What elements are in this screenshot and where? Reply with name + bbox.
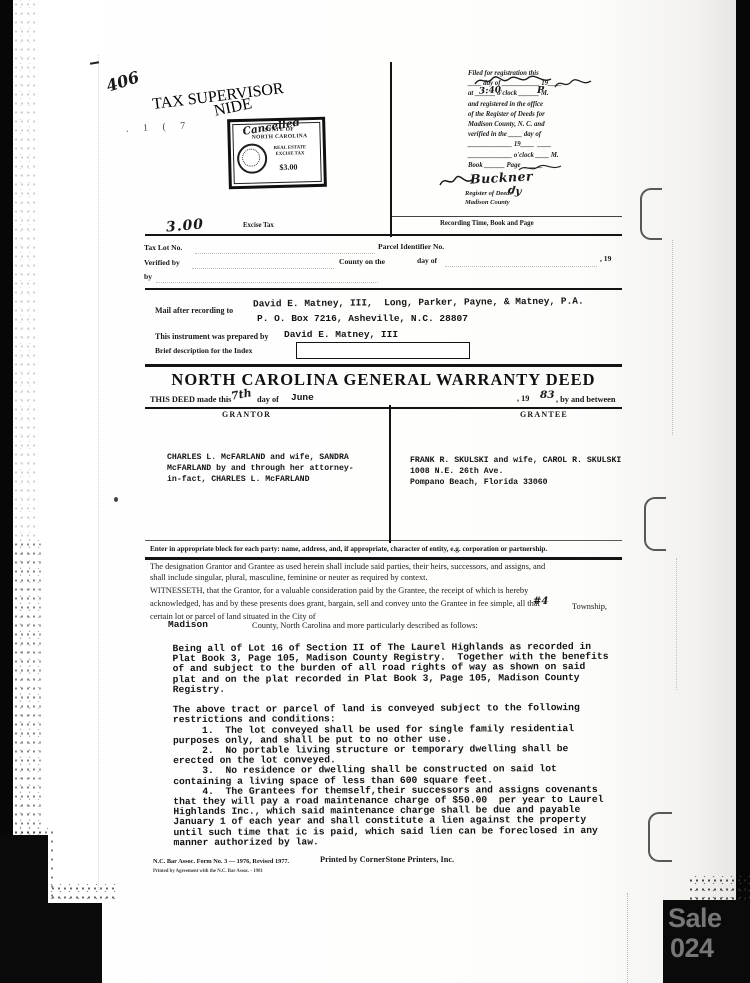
recording-time-label: Recording Time, Book and Page <box>440 220 534 227</box>
township-label: Township, <box>572 602 607 611</box>
witnesseth-paragraph: WITNESSETH, that the Grantor, for a valu… <box>150 584 540 623</box>
recordation-line: Madison County, N. C. and <box>468 120 598 130</box>
grantee-block: FRANK R. SKULSKI and wife, CAROL R. SKUL… <box>410 455 621 488</box>
stamp-amount: $3.00 <box>265 162 311 172</box>
binder-mark-line-2 <box>676 558 677 690</box>
deputy-initials: dy <box>507 184 522 198</box>
binder-mark-line-3 <box>627 893 628 983</box>
register-county: Madison County <box>465 199 510 206</box>
parcel-identifier-label: Parcel Identifier No. <box>378 242 444 251</box>
county-value: Madison <box>168 619 208 630</box>
handwriting-scribble <box>552 74 594 94</box>
horizontal-rule <box>145 234 622 236</box>
footer-printer: Printed by CornerStone Printers, Inc. <box>320 855 454 864</box>
hole-punch-icon <box>644 497 666 551</box>
handwritten-township: #4 <box>533 596 548 607</box>
deed-suffix: , by and between <box>556 395 615 404</box>
hole-punch-icon <box>640 188 662 240</box>
recordation-line: _____________ o'clock ____ M. <box>468 151 598 161</box>
scan-border-block <box>0 903 102 983</box>
blank-line <box>445 266 597 267</box>
county-on-label: County on the <box>339 257 385 266</box>
tax-lot-label: Tax Lot No. <box>144 243 182 252</box>
recordation-line: of the Register of Deeds for <box>468 110 598 120</box>
column-divider-parties <box>389 405 391 543</box>
recordation-line: and registered in the office <box>468 100 598 110</box>
deed-year-19: , 19 <box>517 394 529 403</box>
brief-description-box <box>296 342 470 359</box>
seal-inner-icon <box>242 148 260 166</box>
prepared-by-value: David E. Matney, III <box>284 329 398 340</box>
grantee-header: GRANTEE <box>520 410 568 419</box>
footer-form-number: N.C. Bar Assoc. Form No. 3 — 1976, Revis… <box>153 858 289 865</box>
handwritten-meridiem: P <box>537 85 544 96</box>
horizontal-rule <box>145 288 622 290</box>
deed-prefix: THIS DEED made this <box>150 395 231 404</box>
mail-after-recording-label: Mail after recording to <box>155 306 233 315</box>
deed-day-of: day of <box>257 395 279 404</box>
page-fold-line <box>98 55 99 890</box>
prepared-by-label: This instrument was prepared by <box>155 332 269 341</box>
verified-by-label: Verified by <box>144 258 180 267</box>
scan-border-block-right: Sale 024 <box>663 900 750 983</box>
recording-cell-rule <box>390 216 622 217</box>
horizontal-rule <box>145 407 622 409</box>
brief-description-label: Brief description for the Index <box>155 346 252 355</box>
column-divider-top <box>390 62 392 237</box>
horizontal-rule-thin <box>145 540 622 541</box>
handwritten-year: 83 <box>540 389 555 401</box>
blank-line <box>195 253 375 254</box>
mail-value-line2: P. O. Box 7216, Asheville, N.C. 28807 <box>257 313 468 324</box>
excise-tax-stamp: STATE OF NORTH CAROLINA REAL ESTATE EXCI… <box>227 117 327 190</box>
handwritten-excise-value: 3.00 <box>165 216 204 235</box>
hole-punch-icon <box>648 812 672 862</box>
signature-flourish <box>438 172 474 190</box>
ink-dot <box>114 497 118 502</box>
register-title: Register of Deeds <box>465 190 512 197</box>
recordation-line: verified in the ____ day of <box>468 130 598 140</box>
scan-noise-corner-right <box>688 876 750 902</box>
watermark-line2: 024 <box>670 934 714 962</box>
county-line: County, North Carolina and more particul… <box>252 621 478 630</box>
grantor-block: CHARLES L. McFARLAND and wife, SANDRA Mc… <box>167 452 354 485</box>
watermark-line1: Sale <box>668 904 722 932</box>
year-19-label: , 19 <box>600 254 611 263</box>
horizontal-rule-thick <box>145 557 622 560</box>
handwritten-time: 3:40 <box>479 85 502 97</box>
blank-line <box>156 282 378 283</box>
by-label: by <box>144 272 152 281</box>
blank-line <box>192 268 334 269</box>
scanned-deed-screenshot: 406 TAX SUPERVISOR NIDE . 1 ( 7 STATE OF… <box>0 0 750 983</box>
binder-mark-line-1 <box>672 240 673 435</box>
excise-tax-label: Excise Tax <box>243 222 274 229</box>
grantor-header: GRANTOR <box>222 410 271 419</box>
day-of-label: day of <box>417 256 437 265</box>
legal-description: Being all of Lot 16 of Section II of The… <box>172 642 609 848</box>
designation-paragraph: The designation Grantor and Grantee as u… <box>150 561 545 583</box>
enter-note: Enter in appropriate block for each part… <box>150 545 547 553</box>
recordation-line: _____________ 19____ ____ <box>468 140 598 150</box>
horizontal-rule-thick <box>145 364 622 367</box>
deed-month: June <box>291 392 314 403</box>
deed-title: NORTH CAROLINA GENERAL WARRANTY DEED <box>145 370 622 390</box>
footer-agreement: Printed by Agreement with the N.C. Bar A… <box>153 869 263 874</box>
